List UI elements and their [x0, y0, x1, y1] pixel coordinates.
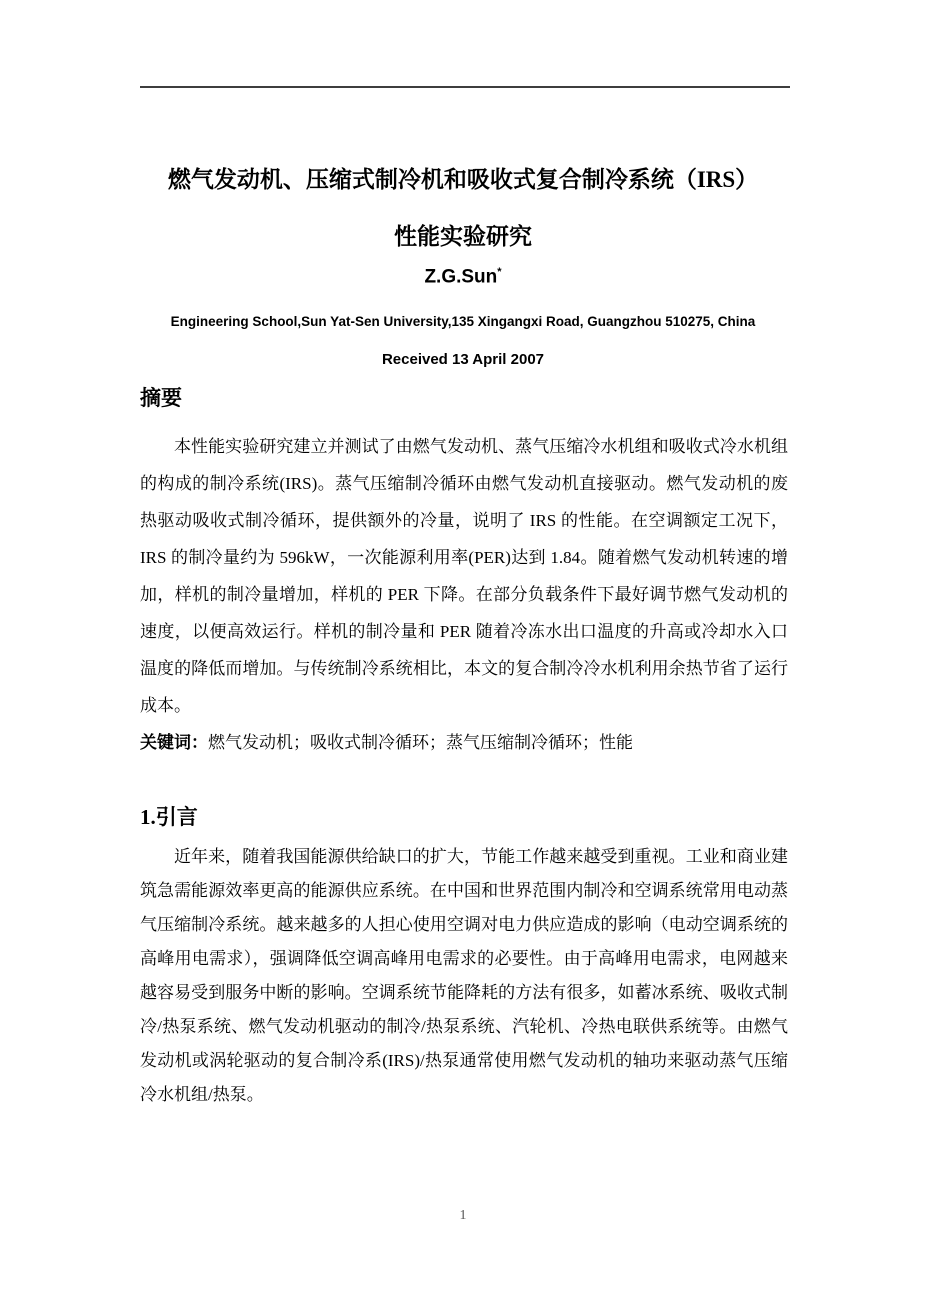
- header-rule: [140, 86, 790, 88]
- paper-title-line1: 燃气发动机、压缩式制冷机和吸收式复合制冷系统（IRS）: [60, 151, 866, 208]
- section-1-heading: 1.引言: [140, 801, 198, 831]
- keywords-label: 关键词：: [140, 733, 208, 752]
- author-name: Z.G.Sun: [424, 266, 497, 287]
- abstract-paragraph: 本性能实验研究建立并测试了由燃气发动机、蒸气压缩冷水机组和吸收式冷水机组的构成的…: [140, 428, 788, 724]
- received-date: Received 13 April 2007: [0, 351, 926, 368]
- paper-title: 燃气发动机、压缩式制冷机和吸收式复合制冷系统（IRS） 性能实验研究: [60, 151, 866, 265]
- abstract-heading: 摘要: [140, 382, 182, 412]
- affiliation: Engineering School,Sun Yat-Sen Universit…: [0, 314, 926, 329]
- keywords-line: 关键词：燃气发动机；吸收式制冷循环；蒸气压缩制冷循环；性能: [140, 728, 788, 753]
- author-footnote-mark: *: [497, 266, 501, 278]
- page-number: 1: [0, 1208, 926, 1224]
- author-line: Z.G.Sun*: [0, 266, 926, 288]
- document-page: 燃气发动机、压缩式制冷机和吸收式复合制冷系统（IRS） 性能实验研究 Z.G.S…: [0, 0, 926, 1309]
- section-1-paragraph: 近年来，随着我国能源供给缺口的扩大，节能工作越来越受到重视。工业和商业建筑急需能…: [140, 840, 788, 1112]
- keywords-text: 燃气发动机；吸收式制冷循环；蒸气压缩制冷循环；性能: [208, 733, 633, 752]
- paper-title-line2: 性能实验研究: [60, 208, 866, 265]
